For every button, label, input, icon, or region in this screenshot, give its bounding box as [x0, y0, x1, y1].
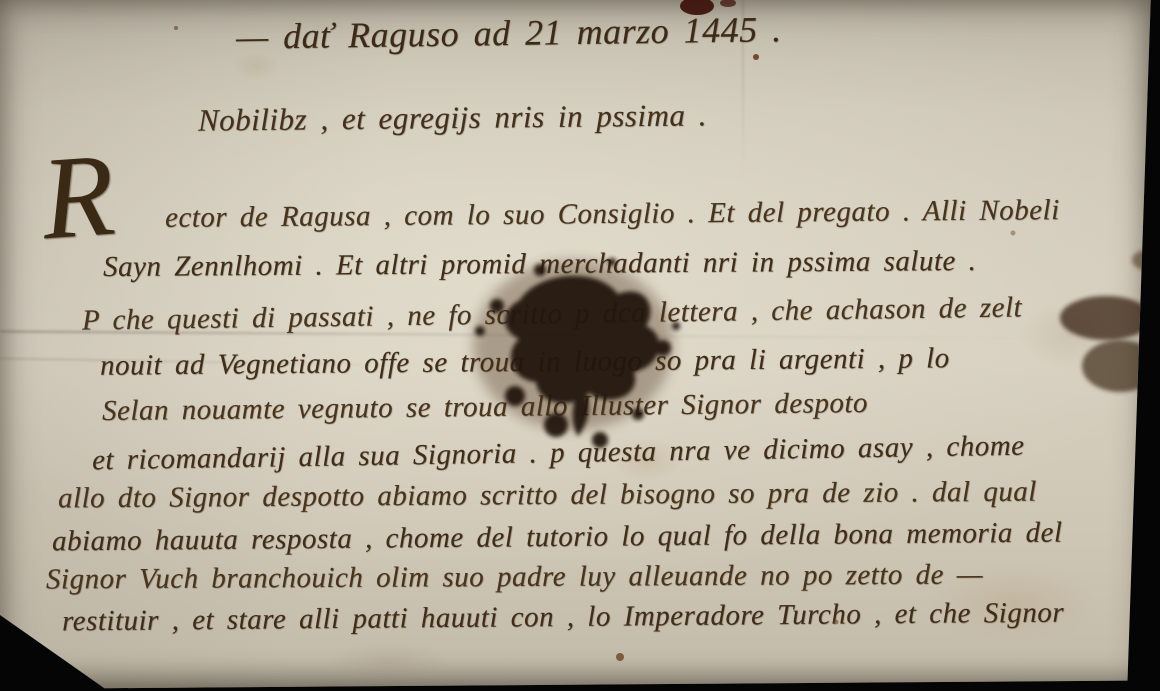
manuscript-line: restituir , et stare alli patti hauuti c… — [62, 597, 1064, 639]
manuscript-line: nouit ad Vegnetiano offe se troua in luo… — [100, 342, 950, 382]
parchment: — dať Raguso ad 21 marzo 1445 . Nobilibz… — [0, 0, 1160, 691]
manuscript-line: et ricomandarij alla sua Signoria . p qu… — [92, 430, 1025, 478]
manuscript-line: Selan nouamte vegnuto se troua allo Illu… — [102, 387, 868, 428]
manuscript-line: allo dto Signor despotto abiamo scritto … — [58, 476, 1037, 516]
manuscript-line: ector de Ragusa , com lo suo Consiglio .… — [165, 194, 1060, 235]
manuscript-line: Sayn Zennlhomi . Et altri promid merchad… — [103, 245, 977, 284]
manuscript-line: abiamo hauuta resposta , chome del tutor… — [52, 517, 1063, 559]
drop-cap-initial: R — [38, 136, 118, 259]
age-stain — [1020, 300, 1115, 370]
salutation: Nobilibz , et egregijs nris in pssima . — [198, 97, 707, 138]
dateline: — dať Raguso ad 21 marzo 1445 . — [236, 8, 782, 58]
manuscript-line: Signor Vuch branchouich olim suo padre l… — [46, 559, 983, 597]
manuscript-line: P che questi di passati , ne fo scritto … — [82, 291, 1022, 337]
manuscript-photo: — dať Raguso ad 21 marzo 1445 . Nobilibz… — [0, 0, 1160, 691]
age-stain — [330, 640, 450, 680]
